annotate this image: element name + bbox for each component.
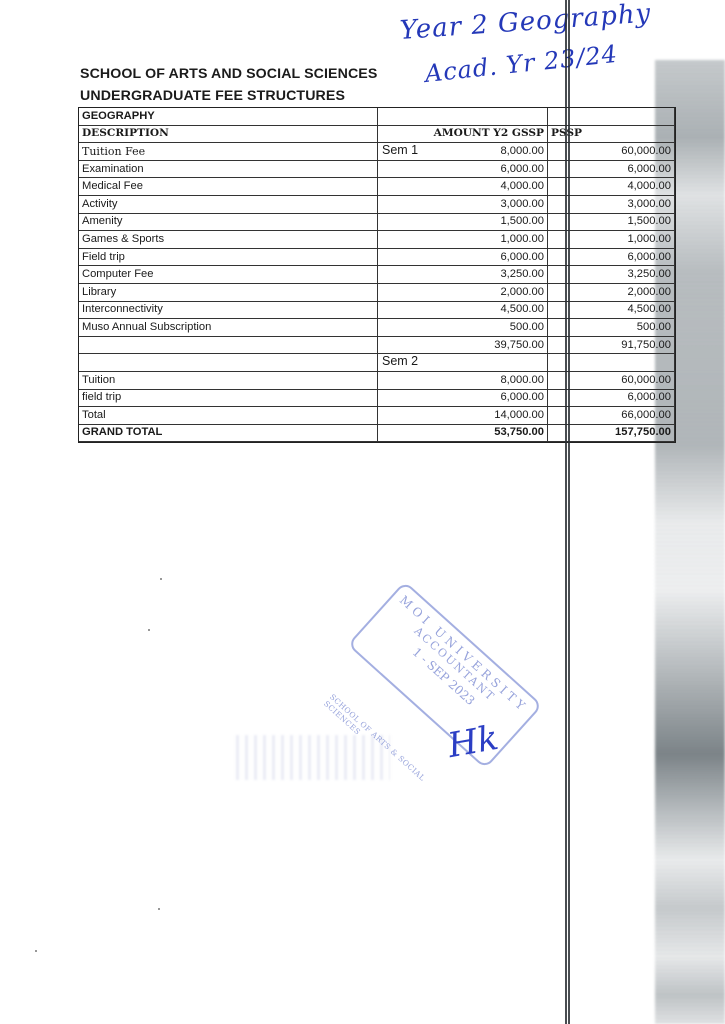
semester-1-label: Sem 1 <box>382 143 418 158</box>
scan-speck <box>148 629 150 631</box>
table-row: Activity 3,000.00 3,000.00 <box>79 195 675 213</box>
table-row: Tuition Fee Sem 18,000.00 60,000.00 <box>79 143 675 161</box>
amount-gssp-header: AMOUNT Y2 GSSP <box>378 125 548 143</box>
table-row: Interconnectivity 4,500.00 4,500.00 <box>79 301 675 319</box>
table-row: Medical Fee 4,000.00 4,000.00 <box>79 178 675 196</box>
table-row: Field trip 6,000.00 6,000.00 <box>79 248 675 266</box>
program-name: GEOGRAPHY <box>79 108 378 126</box>
handwritten-note-line2: Acad. Yr 23/24 <box>424 40 620 88</box>
grand-total-gssp: 53,750.00 <box>378 424 548 442</box>
scan-speck <box>160 578 162 580</box>
header-row: DESCRIPTION AMOUNT Y2 GSSP PSSP <box>79 125 675 143</box>
table-row: Computer Fee 3,250.00 3,250.00 <box>79 266 675 284</box>
table-row: Games & Sports 1,000.00 1,000.00 <box>79 231 675 249</box>
fee-structure-heading: UNDERGRADUATE FEE STRUCTURES <box>80 88 345 104</box>
grand-total-label: GRAND TOTAL <box>79 424 378 442</box>
table-row: Tuition 8,000.00 60,000.00 <box>79 371 675 389</box>
fee-structure-table: GEOGRAPHY DESCRIPTION AMOUNT Y2 GSSP PSS… <box>78 107 675 442</box>
scan-speck <box>35 950 37 952</box>
program-row: GEOGRAPHY <box>79 108 675 126</box>
table-row: field trip 6,000.00 6,000.00 <box>79 389 675 407</box>
semester-1-subtotal-gssp: 39,750.00 <box>378 336 548 354</box>
table-row: Examination 6,000.00 6,000.00 <box>79 160 675 178</box>
table-row: Muso Annual Subscription 500.00 500.00 <box>79 319 675 337</box>
semester-2-label: Sem 2 <box>382 354 418 369</box>
table-row: Library 2,000.00 2,000.00 <box>79 283 675 301</box>
grand-total-row: GRAND TOTAL 53,750.00 157,750.00 <box>79 424 675 442</box>
school-heading: SCHOOL OF ARTS AND SOCIAL SCIENCES <box>80 66 377 82</box>
description-header: DESCRIPTION <box>79 125 378 143</box>
scan-speck <box>158 908 160 910</box>
semester-2-label-row: Sem 2 <box>79 354 675 372</box>
stamp-office: ACCOUNTANT <box>383 599 527 730</box>
semester-1-subtotal-row: 39,750.00 91,750.00 <box>79 336 675 354</box>
table-row: Amenity 1,500.00 1,500.00 <box>79 213 675 231</box>
scan-fold-line <box>565 0 570 1024</box>
semester-2-total-row: Total 14,000.00 66,000.00 <box>79 407 675 425</box>
scanned-document-page: Year 2 Geography Acad. Yr 23/24 SCHOOL O… <box>0 0 725 1024</box>
